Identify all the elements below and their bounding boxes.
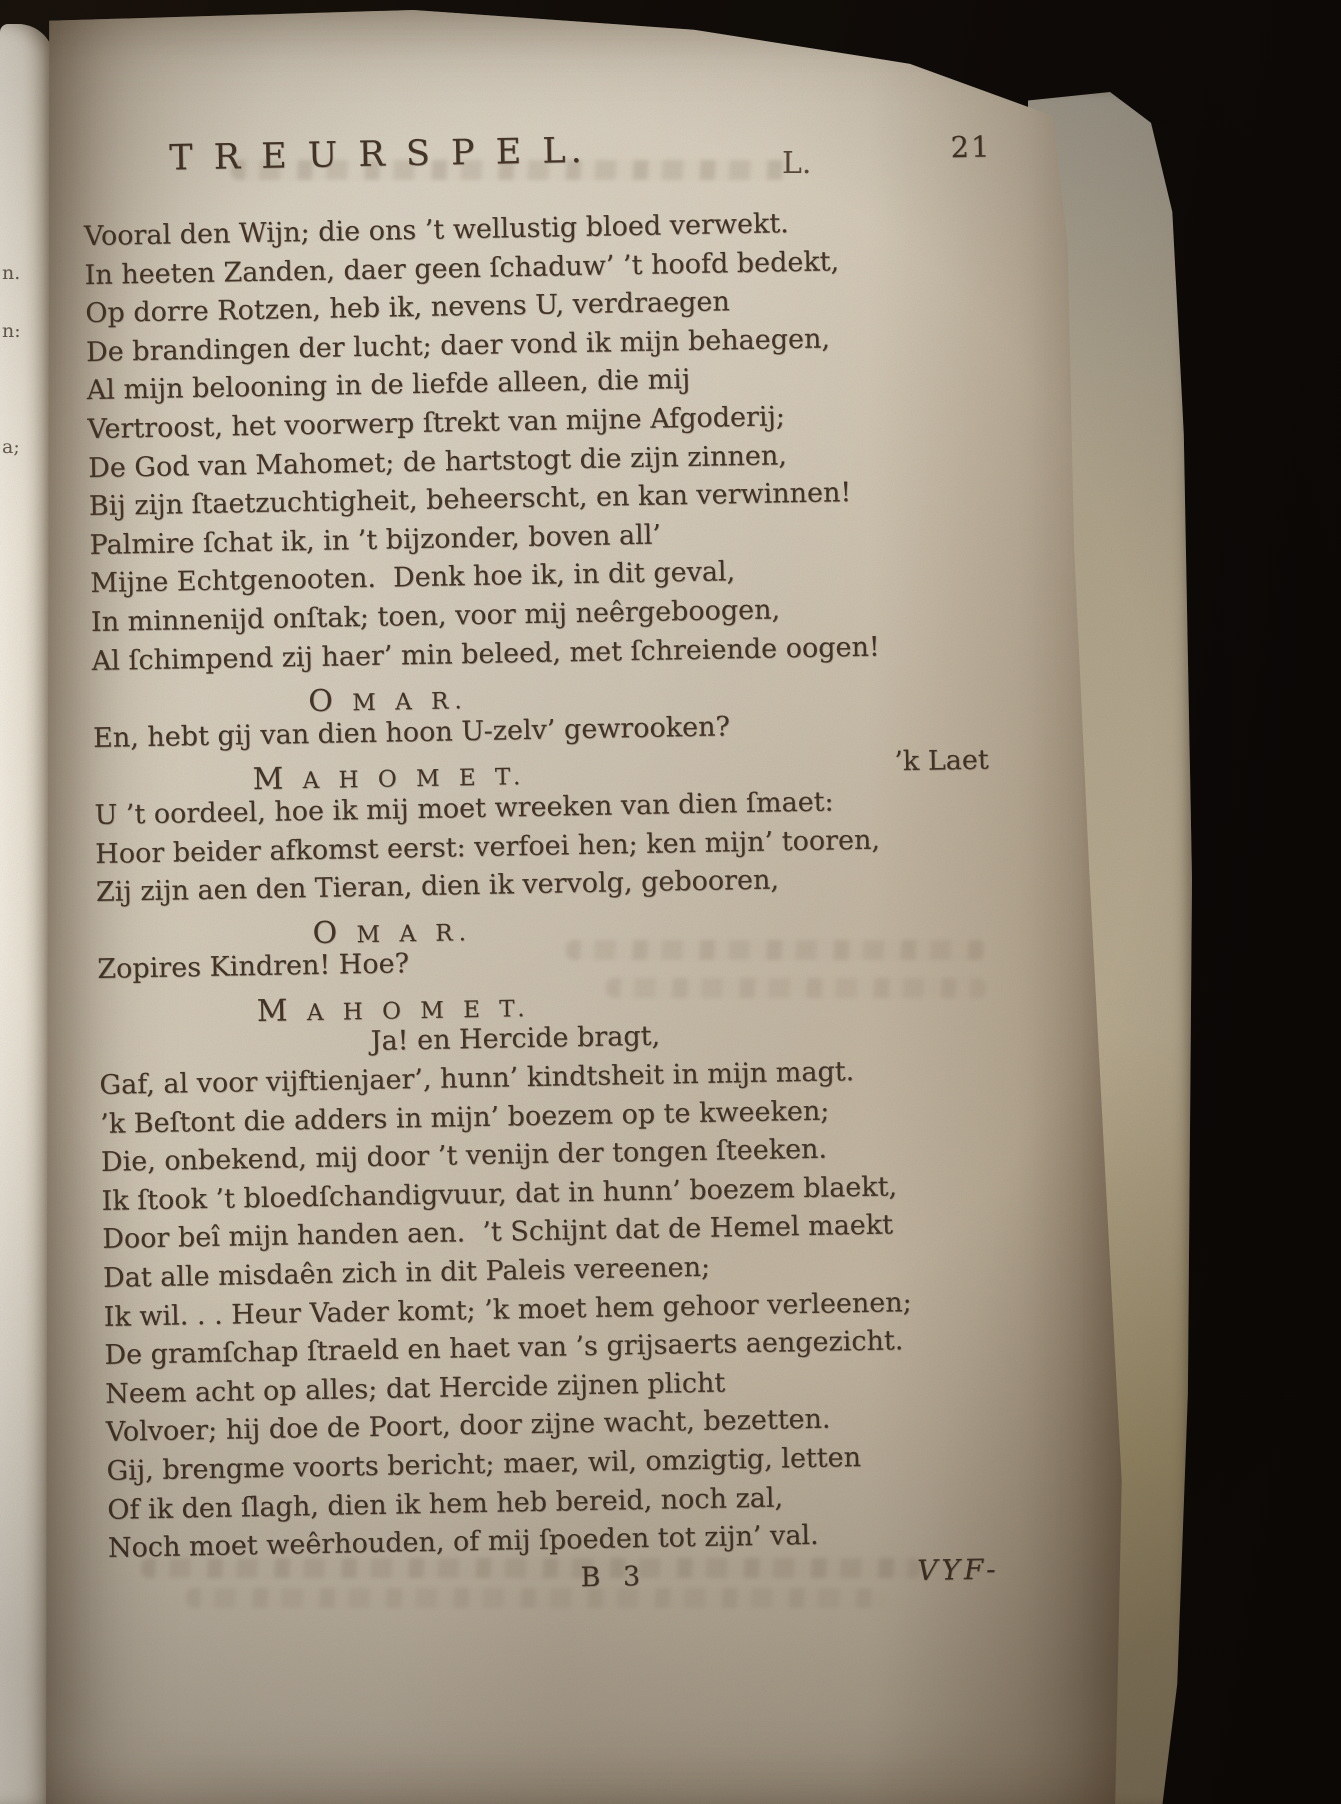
- signature-mark: B 3: [580, 1561, 647, 1593]
- facing-page-edge: n. n: a;: [0, 24, 54, 1804]
- facing-page-text-fragment: n:: [2, 320, 21, 342]
- verse-block: Vooral den Wijn; die ons ’t wellustig bl…: [84, 202, 1004, 1569]
- catchword: VYF-: [917, 1552, 1000, 1587]
- facing-page-text-fragment: n.: [2, 262, 20, 284]
- facing-page-text-fragment: a;: [2, 436, 20, 458]
- page-text: T R E U R S P E L. 21 Vooral den Wijn; d…: [82, 124, 1004, 1613]
- page-number: 21: [950, 129, 992, 164]
- book-photograph: n. n: a; L. T R E U R S P E L. 21 Vooral…: [0, 0, 1341, 1804]
- inline-verse-start: ’k Laet: [894, 742, 989, 782]
- page-title: T R E U R S P E L.: [169, 131, 587, 179]
